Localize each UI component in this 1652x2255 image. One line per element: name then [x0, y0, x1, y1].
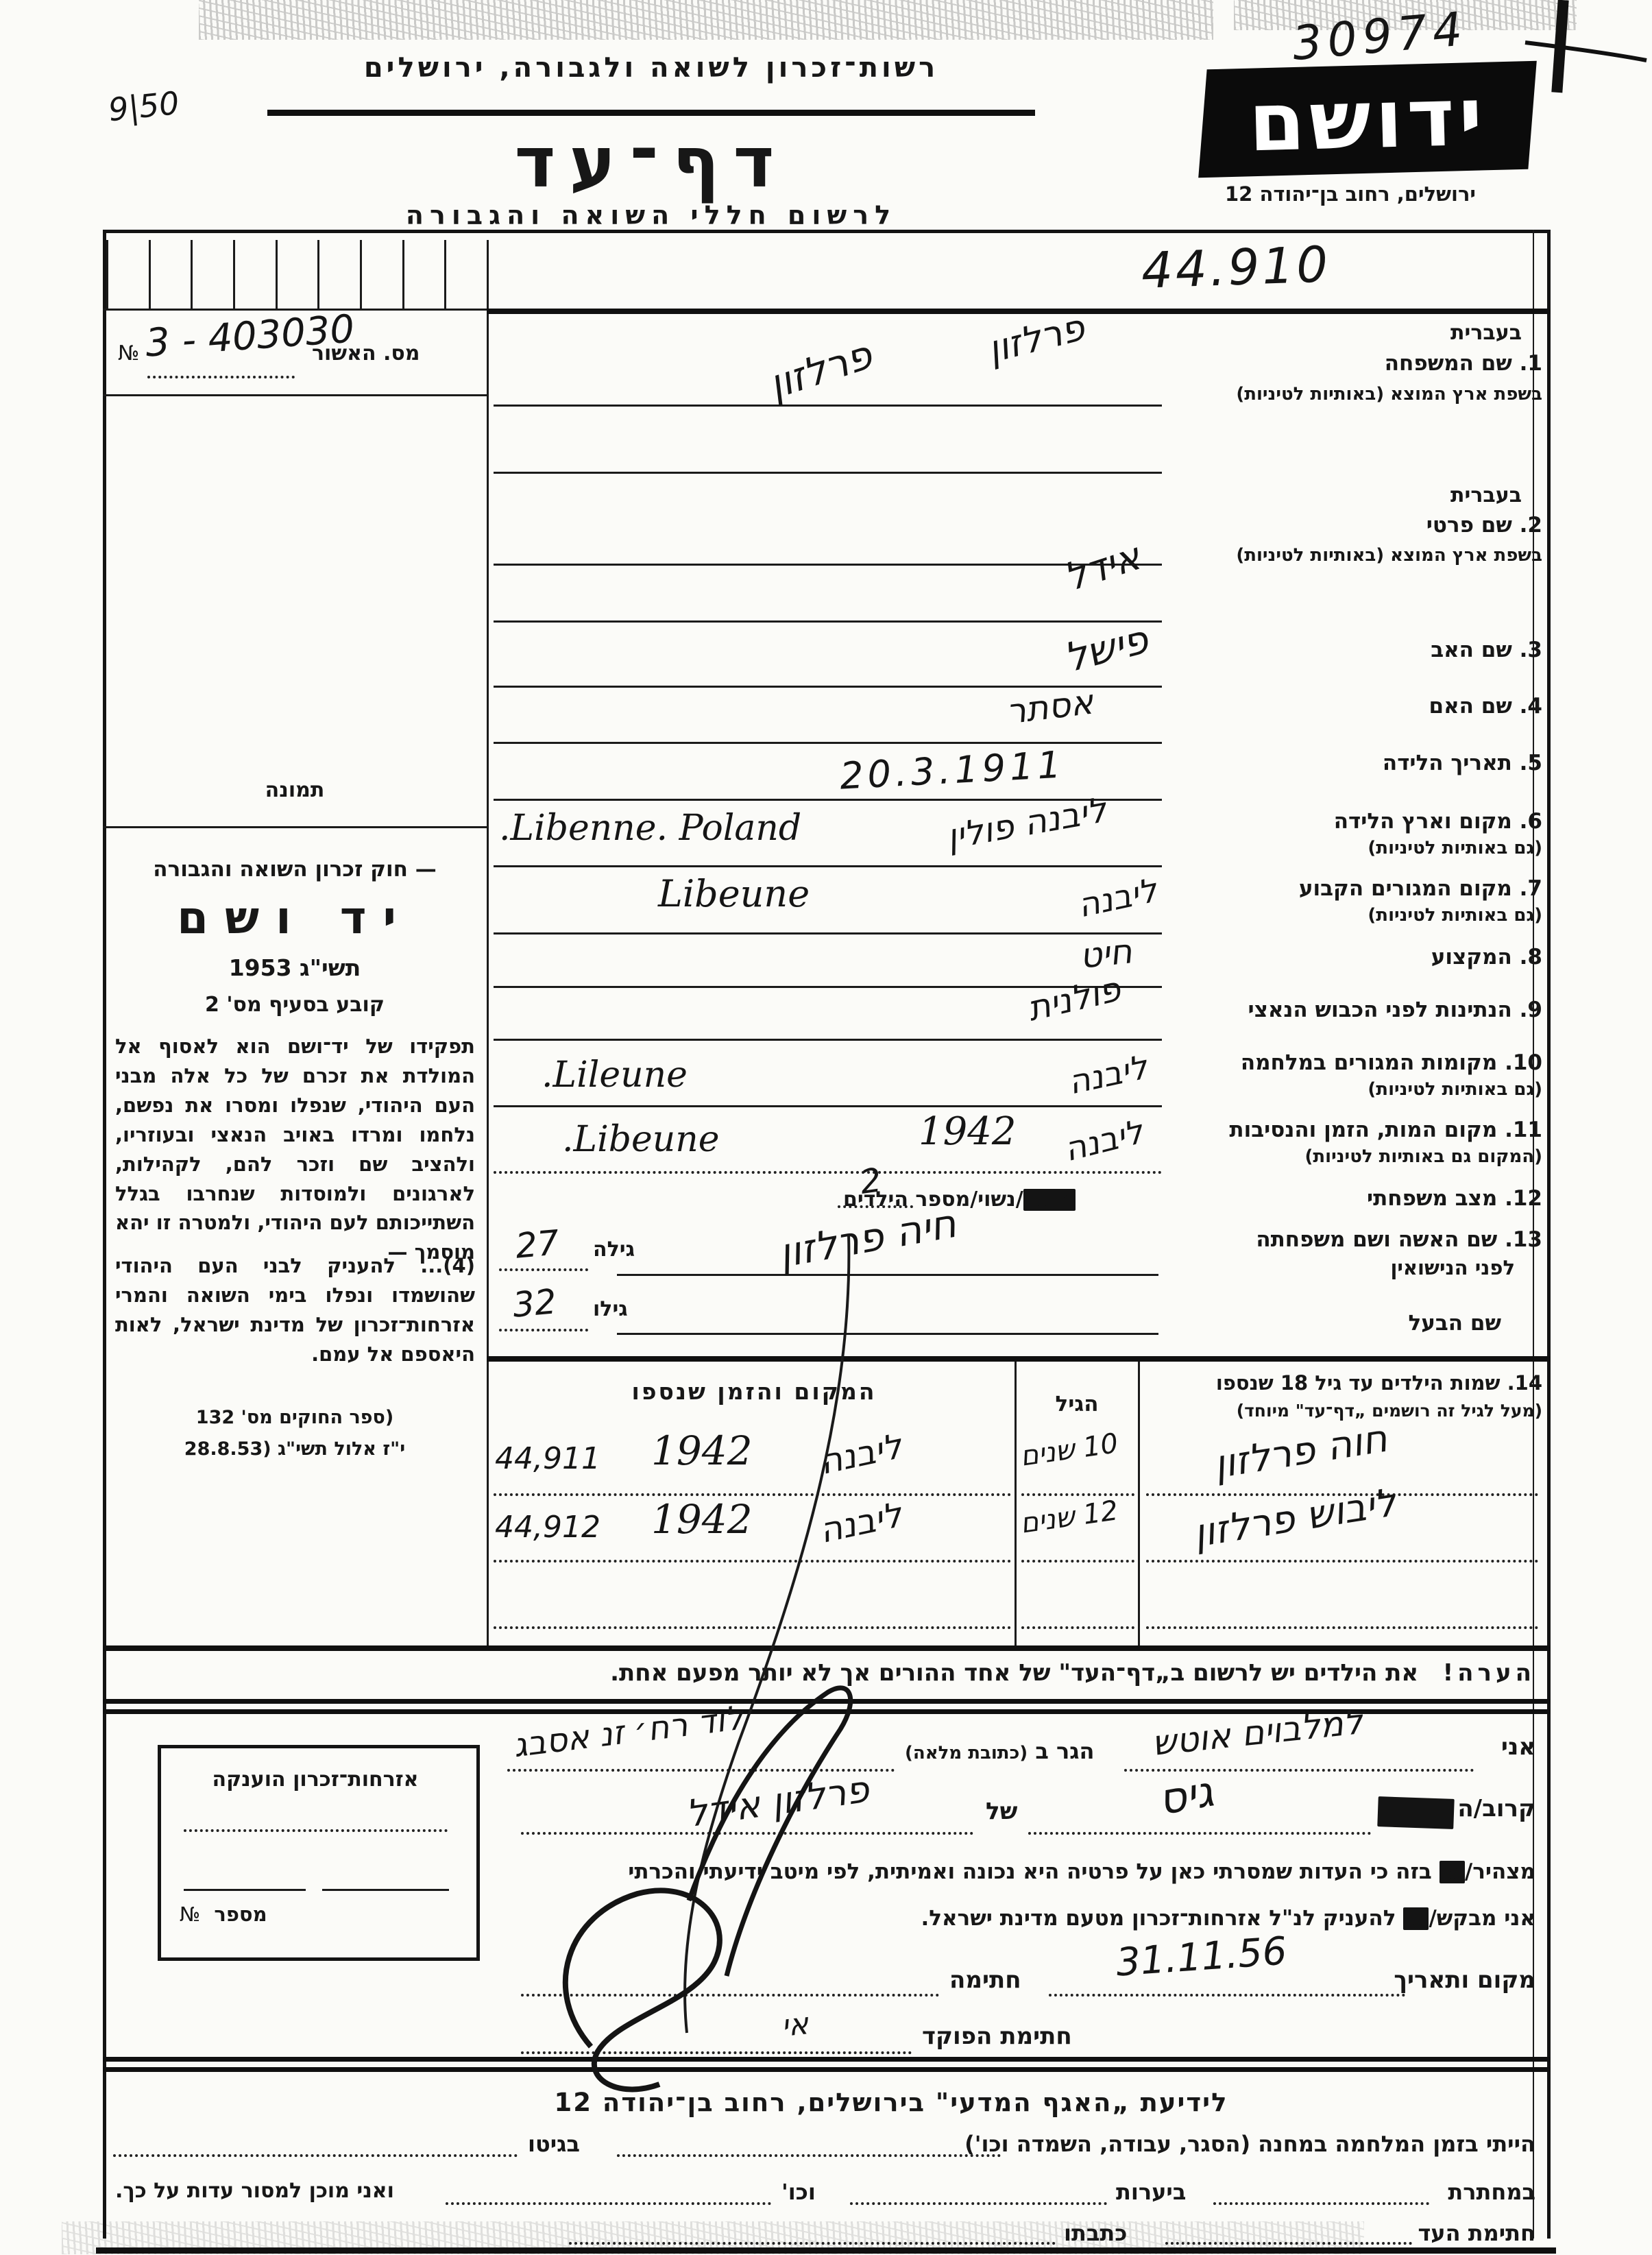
- fields-top-rule: [487, 309, 1551, 314]
- declaration-blackout: ה: [1440, 1861, 1465, 1883]
- child1-year-handwritten: 1942: [651, 1427, 753, 1474]
- stamp-dotted: [184, 1829, 448, 1832]
- field11-label: 11. מקום המות, הזמן והנסיבות: [1229, 1118, 1542, 1142]
- camp-dotted: [617, 2154, 1001, 2157]
- child-row-dotted: [1021, 1560, 1134, 1563]
- field13-label2: לפני הנישואין: [1390, 1256, 1515, 1279]
- child2-place-handwritten: ליבנה: [816, 1495, 906, 1551]
- children-count-dotted: [838, 1205, 913, 1208]
- bottom-heavy-bar: [96, 2247, 1556, 2254]
- first-name-handwritten: אידל: [1059, 534, 1146, 601]
- clerk-mark-handwritten: אי: [779, 2006, 810, 2044]
- index-box: [444, 240, 487, 309]
- child1-place-handwritten: ליבנה: [816, 1426, 906, 1482]
- child2-ref-handwritten: 44,912: [495, 1510, 600, 1545]
- field9-label: 9. הנתינות לפני הכבוש הנאצי: [1248, 998, 1542, 1022]
- witness-address-label: כתבתו: [1064, 2220, 1127, 2246]
- wartime-place-hebrew-handwritten: ליבנה: [1065, 1048, 1150, 1102]
- witness-address-dotted: [569, 2242, 1056, 2245]
- law-source-1: (ספר החוקים מס' 132: [117, 1407, 473, 1428]
- index-box: [317, 240, 360, 309]
- yad-vashem-logo-text: ידושם: [1248, 69, 1488, 170]
- child-row-dotted: [494, 1560, 1011, 1563]
- relative-label: קרוב/ה: [1457, 1795, 1535, 1822]
- date-handwritten: 31.11.56: [1115, 1929, 1288, 1985]
- form-border-right: [1547, 230, 1551, 2239]
- underground-dotted: [1213, 2202, 1429, 2205]
- clerk-dotted: [521, 2051, 912, 2054]
- place-date-label: מקום ותאריך: [1394, 1966, 1535, 1994]
- children-col-place-header: המקום והזמן שנספו: [521, 1378, 987, 1405]
- page-title: דף־עד: [267, 122, 1035, 204]
- approval-bottom: [103, 394, 487, 396]
- yad-vashem-logo: ידושם: [1198, 61, 1537, 178]
- mother-name-handwritten: אסתר: [1004, 682, 1095, 732]
- family-name-handwritten-a: פרלזון: [984, 306, 1089, 372]
- his-age-handwritten: 32: [511, 1281, 558, 1325]
- residence-latin-handwritten: Libeune: [658, 872, 810, 915]
- note-line: הערה! את הילדים יש לרשום ב„דף־העד" של אח…: [610, 1659, 1535, 1687]
- child2-age-handwritten: 12 שנים: [1018, 1495, 1119, 1540]
- of-dotted: [521, 1832, 973, 1835]
- child-row-dotted: [1021, 1626, 1134, 1629]
- approval-symbol: №: [118, 341, 139, 365]
- index-box: [276, 240, 318, 309]
- i-label: אני: [1501, 1733, 1535, 1761]
- index-box: [360, 240, 402, 309]
- answer-line: [494, 865, 1162, 867]
- child1-age-handwritten: 10 שנים: [1018, 1427, 1119, 1473]
- husband-name-label: שם הבעל: [1409, 1311, 1502, 1336]
- death-year-handwritten: 1942: [919, 1109, 1017, 1154]
- his-age-label: גילו: [593, 1297, 628, 1321]
- camp-label: הייתי בזמן המלחמה במחנה (הסגר, עבודה, הש…: [964, 2131, 1535, 2157]
- date-dotted: [1049, 1994, 1405, 1997]
- field1-hebrew-tag: בעברית: [1450, 321, 1522, 345]
- of-handwritten: פרלזון אידל: [683, 1768, 872, 1836]
- forests-label: ביערות: [1116, 2179, 1186, 2205]
- stamp-title: אזרחות־זכרון הוענקה: [165, 1768, 466, 1792]
- stray-pen-stroke: [685, 1234, 849, 2033]
- note-body: את הילדים יש לרשום ב„דף־העד" של אחד ההור…: [610, 1659, 1418, 1687]
- law-clause: קובע בסעיף מס' 2: [117, 993, 473, 1017]
- field1-label: 1. שם המשפחה: [1385, 351, 1542, 376]
- request-blackout: ת: [1403, 1907, 1429, 1930]
- stamp-dash-1: [184, 1889, 306, 1891]
- answer-line: [494, 932, 1162, 934]
- left-column-divider: [487, 240, 489, 1647]
- law-heading: — חוק זכרון השואה והגבורה: [117, 857, 473, 882]
- of-label: של: [986, 1798, 1017, 1825]
- form-border-left: [103, 230, 106, 2239]
- index-box: [149, 240, 191, 309]
- residence-hebrew-handwritten: ליבנה: [1074, 871, 1160, 926]
- page-number-underline-stroke: [1525, 43, 1647, 60]
- field4-label: 4. שם האם: [1429, 694, 1542, 719]
- field11-sub: (המקום גם באותיות לטיניות): [1305, 1146, 1542, 1167]
- relation-dotted: [1028, 1832, 1371, 1835]
- field5-label: 5. תאריך הלידה: [1383, 751, 1542, 775]
- answer-line: [494, 620, 1162, 623]
- forests-dotted: [850, 2202, 1107, 2205]
- relation-handwritten: גיס: [1154, 1766, 1217, 1825]
- index-box: [106, 240, 149, 309]
- footer-title: לידיעת „האגף המדעי" בירושלים, רחוב בן־יה…: [446, 2088, 1337, 2117]
- field1-sub: בשפת ארץ המוצא (באותיות לטיניות): [1236, 384, 1542, 405]
- witness-signature-label: חתימת העד: [1418, 2220, 1535, 2246]
- index-box: [402, 240, 445, 309]
- ghetto-label: בגיטו: [528, 2131, 580, 2157]
- field12-label: 12. מצב משפחתי: [1367, 1186, 1542, 1211]
- field10-sub: (גם באותיות לטיניות): [1368, 1079, 1542, 1100]
- children-col-divider-2: [1138, 1362, 1140, 1645]
- answer-line: [494, 1039, 1162, 1041]
- father-name-handwritten: פישל: [1060, 616, 1153, 682]
- double-rule-b1: [103, 2057, 1551, 2062]
- child-row-dotted: [1021, 1493, 1134, 1496]
- logo-address: ירושלים, רחוב בן־יהודה 12: [1165, 182, 1535, 206]
- her-age-handwritten: 27: [514, 1222, 561, 1266]
- field8-label: 8. המקצוע: [1431, 945, 1542, 969]
- field2-sub: בשפת ארץ המוצא (באותיות לטיניות): [1236, 545, 1542, 566]
- answer-line: [617, 1333, 1158, 1335]
- answer-line: [617, 1274, 1158, 1276]
- child2-year-handwritten: 1942: [651, 1496, 753, 1543]
- note-head: הערה!: [1443, 1659, 1535, 1687]
- children-col-age-header: הגיל: [1016, 1392, 1138, 1416]
- children-table-top-rule: [487, 1356, 1551, 1362]
- birth-place-latin-handwritten: Libenne. Poland.: [499, 808, 801, 849]
- field10-label: 10. מקומות המגורים במלחמה: [1241, 1050, 1542, 1075]
- photo-label: תמונה: [117, 778, 473, 802]
- index-box: [191, 240, 233, 309]
- signature-label: חתימה: [949, 1966, 1021, 1994]
- field6-label: 6. מקום וארץ הלידה: [1334, 809, 1542, 834]
- answer-line: [494, 1105, 1162, 1107]
- scan-noise-top: [199, 0, 1213, 40]
- field2-label: 2. שם פרטי: [1426, 513, 1542, 538]
- field13-label: 13. שם האשה ושם משפחתה: [1256, 1227, 1542, 1252]
- child1-name-handwritten: חוה פרלזון: [1211, 1416, 1390, 1487]
- death-place-hebrew-handwritten: ליבנה: [1060, 1113, 1147, 1169]
- law-year: תשי"ג 1953: [117, 954, 473, 981]
- family-name-handwritten-b: פרלזון: [763, 331, 877, 408]
- etc-dotted: [446, 2202, 771, 2205]
- relative-blackout: [1377, 1796, 1454, 1829]
- daf-ed-testimony-form: 50|9 30974 רשות־זכרון לשואה ולגבורה, ירו…: [0, 0, 1652, 2255]
- field7-label: 7. מקום המגורים הקבוע: [1299, 876, 1542, 901]
- stamp-number-label: מספר №: [180, 1903, 267, 1926]
- corner-code-handwritten: 50|9: [106, 84, 180, 129]
- answer-line-dotted: [494, 1171, 1162, 1174]
- field3-label: 3. שם האב: [1431, 638, 1542, 662]
- answer-line: [494, 405, 1162, 407]
- children-count-handwritten: 2: [858, 1161, 884, 1202]
- clerk-signature-label: חתימת הפוקד: [922, 2023, 1072, 2050]
- signature-dotted: [521, 1994, 939, 1997]
- her-age-dotted: [499, 1268, 588, 1271]
- approval-dotted-line: [147, 376, 295, 378]
- children-field-label: 14. שמות הילדים עד גיל 18 שנספו(מעל לגיל…: [1148, 1370, 1542, 1423]
- law-paragraph-2: (4)... להעניק לבני העם היהודי שהושמדו ונ…: [115, 1251, 475, 1369]
- request-line: אני מבקש/ת להעניק לנ"ל אזרחות־זכרון מטעם…: [921, 1906, 1535, 1931]
- residing-label: הגר ב (כתובת מלאה): [905, 1738, 1095, 1764]
- stamp-dash-2: [322, 1889, 449, 1891]
- etc-label: וכו': [781, 2179, 816, 2205]
- declaration-line: מצהיר/ה בזה כי העדות שמסרתי כאן על פרטיה…: [628, 1859, 1535, 1884]
- page-subtitle: לרשום חללי השואה והגבורה: [267, 200, 1035, 230]
- index-box: [233, 240, 276, 309]
- law-paragraph-1: תפקידו של יד־ושם הוא לאסוף אל המולדת את …: [115, 1032, 475, 1267]
- testify-label: ואני מוכן למסור עדות על כך.: [115, 2179, 394, 2203]
- double-rule-a1: [103, 1699, 1551, 1704]
- child2-name-handwritten: ליבוש פרלזון: [1191, 1480, 1399, 1556]
- child-row-dotted: [1146, 1560, 1538, 1563]
- children-table-bottom-rule: [103, 1645, 1551, 1651]
- child-row-dotted: [494, 1626, 1011, 1629]
- underground-label: במחתרת: [1448, 2179, 1535, 2205]
- double-rule-b2: [103, 2067, 1551, 2072]
- header-rule: [267, 110, 1035, 116]
- witness-signature-dotted: [1165, 2242, 1412, 2245]
- child1-ref-handwritten: 44,911: [495, 1441, 600, 1476]
- law-source-2: י"ז אלול תשי"ג (28.8.53: [117, 1438, 473, 1460]
- field2-hebrew-tag: בעברית: [1450, 483, 1522, 507]
- wartime-place-latin-handwritten: Lileune.: [542, 1054, 688, 1096]
- authority-line: רשות־זכרון לשואה ולגבורה, ירושלים: [260, 52, 1042, 84]
- child-row-dotted: [1146, 1626, 1538, 1629]
- his-age-dotted: [499, 1329, 588, 1331]
- registry-number-handwritten: 44.910: [1141, 235, 1332, 300]
- death-place-latin-handwritten: Libeune.: [562, 1119, 720, 1160]
- photo-bottom: [103, 826, 487, 828]
- ghetto-dotted: [113, 2154, 518, 2157]
- field6-sub: (גם באותיות לטיניות): [1368, 838, 1542, 858]
- birth-date-handwritten: 20.3.1911: [839, 743, 1067, 797]
- field7-sub: (גם באותיות לטיניות): [1368, 905, 1542, 926]
- struck-option: רווק: [1023, 1189, 1076, 1211]
- answer-line: [494, 472, 1162, 474]
- index-boxes: [106, 240, 487, 309]
- citizenship-handwritten: פולנית: [1023, 969, 1124, 1028]
- her-age-label: גילה: [593, 1238, 635, 1262]
- profession-handwritten: חיט: [1078, 931, 1134, 976]
- form-border-top: [103, 230, 1551, 233]
- law-name: יד ושם: [117, 891, 473, 944]
